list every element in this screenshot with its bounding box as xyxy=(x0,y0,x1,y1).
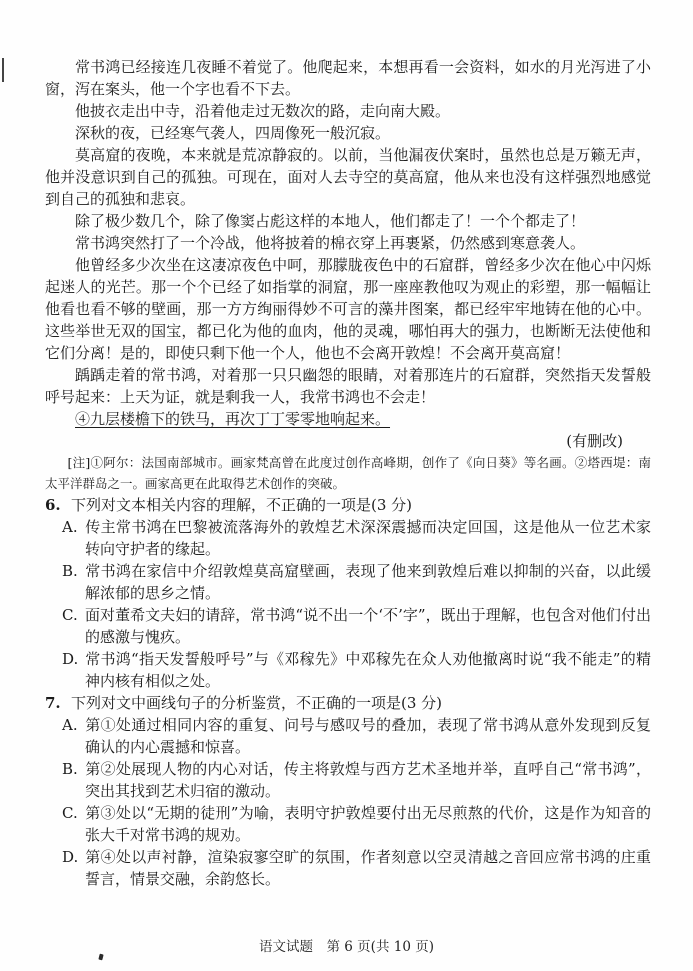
question-7-stem: 7.下列对文中画线句子的分析鉴赏，不正确的一项是(3 分) xyxy=(45,692,651,714)
option-label: A. xyxy=(62,714,85,736)
option-label: A. xyxy=(62,516,85,538)
option-label: B. xyxy=(62,560,85,582)
passage-footnote: [注]①阿尔：法国南部城市。画家梵高曾在此度过创作高峰期，创作了《向日葵》等名画… xyxy=(45,452,651,494)
question-7-option-c: C.第③处以“无期的徒刑”为喻，表明守护敦煌要付出无尽煎熬的代价，这是作为知音的… xyxy=(45,802,651,846)
question-6-option-b: B.常书鸿在家信中介绍敦煌莫高窟壁画，表现了他来到敦煌后难以抑制的兴奋，以此缓解… xyxy=(45,560,651,604)
passage-paragraph-8: 踽踽走着的常书鸿，对着那一只只幽怨的眼睛，对着那连片的石窟群，突然指天发誓般呼号… xyxy=(45,364,651,408)
passage-paragraph-7: 他曾经多少次坐在这凄凉夜色中呵，那朦胧夜色中的石窟群，曾经多少次在他心中闪烁起迷… xyxy=(45,254,651,364)
question-6-option-d: D.常书鸿“指天发誓般呼号”与《邓稼先》中邓稼先在众人劝他撤离时说“我不能走”的… xyxy=(45,648,651,692)
exam-page: 常书鸿已经接连几夜睡不着觉了。他爬起来，本想再看一会资料，如水的月光泻进了小窗，… xyxy=(0,0,693,971)
option-label: D. xyxy=(62,648,85,670)
option-label: B. xyxy=(62,758,85,780)
question-7-option-d: D.第④处以声衬静，渲染寂寥空旷的氛围，作者刻意以空灵清越之音回应常书鸿的庄重誓… xyxy=(45,846,651,890)
option-text: 常书鸿在家信中介绍敦煌莫高窟壁画，表现了他来到敦煌后难以抑制的兴奋，以此缓解浓郁… xyxy=(85,562,651,602)
passage-paragraph-4: 莫高窟的夜晚，本来就是荒凉静寂的。以前，当他漏夜伏案时，虽然也总是万籁无声，他并… xyxy=(45,144,651,210)
passage-paragraph-6: 常书鸿突然打了一个冷战，他将披着的棉衣穿上再裹紧，仍然感到寒意袭人。 xyxy=(45,232,651,254)
option-label: C. xyxy=(62,604,85,626)
page-content: 常书鸿已经接连几夜睡不着觉了。他爬起来，本想再看一会资料，如水的月光泻进了小窗，… xyxy=(45,56,651,890)
option-text: 第④处以声衬静，渲染寂寥空旷的氛围，作者刻意以空灵清越之音回应常书鸿的庄重誓言，… xyxy=(85,848,651,888)
question-6-stem-text: 下列对文本相关内容的理解，不正确的一项是(3 分) xyxy=(71,496,412,514)
option-text: 常书鸿“指天发誓般呼号”与《邓稼先》中邓稼先在众人劝他撤离时说“我不能走”的精神… xyxy=(85,650,651,690)
option-text: 第③处以“无期的徒刑”为喻，表明守护敦煌要付出无尽煎熬的代价，这是作为知音的张大… xyxy=(85,804,651,844)
question-6-stem: 6.下列对文本相关内容的理解，不正确的一项是(3 分) xyxy=(45,494,651,516)
scan-edge-mark xyxy=(2,58,4,82)
option-text: 面对董希文夫妇的请辞，常书鸿“说不出一个‘不’字”，既出于理解，也包含对他们付出… xyxy=(85,606,651,646)
question-6: 6.下列对文本相关内容的理解，不正确的一项是(3 分) A.传主常书鸿在巴黎被流… xyxy=(45,494,651,692)
option-label: C. xyxy=(62,802,85,824)
option-text: 传主常书鸿在巴黎被流落海外的敦煌艺术深深震撼而决定回国，这是他从一位艺术家转向守… xyxy=(85,518,651,558)
question-7-option-a: A.第①处通过相同内容的重复、问号与感叹号的叠加，表现了常书鸿从意外发现到反复确… xyxy=(45,714,651,758)
option-text: 第①处通过相同内容的重复、问号与感叹号的叠加，表现了常书鸿从意外发现到反复确认的… xyxy=(85,716,651,756)
scan-speck xyxy=(98,954,103,961)
passage-paragraph-1: 常书鸿已经接连几夜睡不着觉了。他爬起来，本想再看一会资料，如水的月光泻进了小窗，… xyxy=(45,56,651,100)
question-6-option-c: C.面对董希文夫妇的请辞，常书鸿“说不出一个‘不’字”，既出于理解，也包含对他们… xyxy=(45,604,651,648)
question-6-option-a: A.传主常书鸿在巴黎被流落海外的敦煌艺术深深震撼而决定回国，这是他从一位艺术家转… xyxy=(45,516,651,560)
option-label: D. xyxy=(62,846,85,868)
option-text: 第②处展现人物的内心对话，传主将敦煌与西方艺术圣地并举，直呼自己“常书鸿”，突出… xyxy=(85,760,651,800)
page-footer: 语文试题 第 6 页(共 10 页) xyxy=(0,935,693,955)
passage-paragraph-5: 除了极少数几个，除了像窦占彪这样的本地人，他们都走了！一个个都走了！ xyxy=(45,210,651,232)
question-7: 7.下列对文中画线句子的分析鉴赏，不正确的一项是(3 分) A.第①处通过相同内… xyxy=(45,692,651,890)
question-6-number: 6. xyxy=(45,494,71,516)
question-7-option-b: B.第②处展现人物的内心对话，传主将敦煌与西方艺术圣地并举，直呼自己“常书鸿”，… xyxy=(45,758,651,802)
question-7-stem-text: 下列对文中画线句子的分析鉴赏，不正确的一项是(3 分) xyxy=(71,694,442,712)
passage-underlined-sentence: ④九层楼檐下的铁马，再次丁丁零零地响起来。 xyxy=(45,408,651,430)
passage-paragraph-2: 他披衣走出中寺，沿着他走过无数次的路，走向南大殿。 xyxy=(45,100,651,122)
passage-attribution: (有删改) xyxy=(45,430,651,452)
passage-paragraph-3: 深秋的夜，已经寒气袭人，四周像死一般沉寂。 xyxy=(45,122,651,144)
question-7-number: 7. xyxy=(45,692,71,714)
